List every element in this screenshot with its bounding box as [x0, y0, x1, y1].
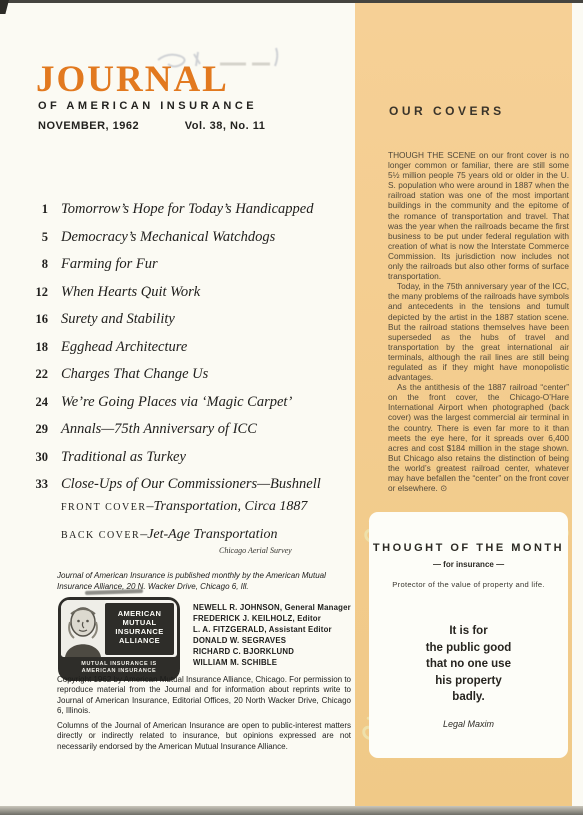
toc-item: 16Surety and Stability	[26, 312, 346, 327]
masthead-staff-list: NEWELL R. JOHNSON, General Manager FREDE…	[193, 602, 351, 668]
staff-member: L. A. FITZGERALD, Assistant Editor	[193, 624, 351, 635]
toc-article-title: Traditional as Turkey	[61, 450, 186, 465]
toc-page-number: 8	[26, 257, 48, 272]
scan-bottom-edge	[0, 806, 583, 815]
toc-page-number: 29	[26, 422, 48, 437]
toc-item: 30Traditional as Turkey	[26, 450, 346, 465]
franklin-portrait-icon	[61, 600, 105, 657]
toc-item: 22Charges That Change Us	[26, 367, 346, 382]
thought-definition: Protector of the value of property and l…	[369, 580, 568, 589]
ink-smudge	[85, 589, 143, 595]
toc-page-number: 33	[26, 477, 48, 492]
toc-item: 8Farming for Fur	[26, 257, 346, 272]
toc-article-title: We’re Going Places via ‘Magic Carpet’	[61, 395, 292, 410]
thought-of-the-month-scroll: THOUGHT OF THE MONTH — for insurance — P…	[369, 512, 568, 758]
amia-logo-wordmark: AMERICAN MUTUAL INSURANCE ALLIANCE	[105, 603, 174, 655]
logo-word: AMERICAN	[105, 609, 174, 618]
quote-line: badly.	[369, 689, 568, 706]
logo-word: ALLIANCE	[105, 636, 174, 645]
amia-logo-slogan: MUTUAL INSURANCE IS AMERICAN INSURANCE	[61, 657, 177, 675]
magazine-contents-page: JOURNAL OF AMERICAN INSURANCE NOVEMBER, …	[0, 0, 583, 815]
columns-policy-note: Columns of the Journal of American Insur…	[57, 721, 351, 752]
publisher-statement: Journal of American Insurance is publish…	[57, 571, 351, 592]
toc-item: 33Close-Ups of Our Commissioners—Bushnel…	[26, 477, 346, 492]
back-cover-credit: Chicago Aerial Survey	[219, 546, 307, 555]
amia-logo: AMERICAN MUTUAL INSURANCE ALLIANCE MUTUA…	[58, 597, 180, 681]
volume-number: Vol. 38, No. 11	[185, 120, 266, 132]
logo-word: INSURANCE	[105, 627, 174, 636]
quote-line: that no one use	[369, 656, 568, 673]
cover-descriptions: FRONT COVER–Transportation, Circa 1887 B…	[61, 497, 307, 555]
amia-logo-screen: AMERICAN MUTUAL INSURANCE ALLIANCE	[61, 600, 177, 657]
issue-line: NOVEMBER, 1962 Vol. 38, No. 11	[38, 120, 265, 132]
quote-line: It is for	[369, 623, 568, 640]
toc-article-title: When Hearts Quit Work	[61, 285, 200, 300]
toc-article-title: Charges That Change Us	[61, 367, 208, 382]
staff-member: DONALD W. SEGRAVES	[193, 635, 351, 646]
back-cover-title: –Jet-Age Transportation	[140, 527, 277, 542]
toc-article-title: Farming for Fur	[61, 257, 158, 272]
issue-date: NOVEMBER, 1962	[38, 120, 139, 132]
toc-article-title: Egghead Architecture	[61, 340, 187, 355]
logo-word: MUTUAL	[105, 618, 174, 627]
our-covers-paragraph: Today, in the 75th anniversary year of t…	[388, 281, 569, 382]
toc-item: 18Egghead Architecture	[26, 340, 346, 355]
front-cover-label: FRONT COVER	[61, 502, 147, 513]
our-covers-paragraph: THOUGH THE SCENE on our front cover is n…	[388, 150, 569, 281]
thought-subheading: — for insurance —	[369, 560, 568, 569]
toc-item: 12When Hearts Quit Work	[26, 285, 346, 300]
toc-page-number: 1	[26, 202, 48, 217]
toc-page-number: 12	[26, 285, 48, 300]
toc-item: 29Annals—75th Anniversary of ICC	[26, 422, 346, 437]
copyright-notice: Copyright 1962 by American Mutual Insura…	[57, 675, 351, 717]
staff-member: WILLIAM M. SCHIBLE	[193, 657, 351, 668]
toc-page-number: 24	[26, 395, 48, 410]
toc-article-title: Annals—75th Anniversary of ICC	[61, 422, 257, 437]
our-covers-heading: OUR COVERS	[389, 104, 505, 118]
scan-top-edge	[0, 0, 583, 3]
toc-item: 24We’re Going Places via ‘Magic Carpet’	[26, 395, 346, 410]
page-right-margin	[572, 2, 583, 806]
our-covers-paragraph: As the antithesis of the 1887 railroad “…	[388, 382, 569, 493]
quote-attribution: Legal Maxim	[369, 719, 568, 729]
quote-line: his property	[369, 673, 568, 690]
table-of-contents: 1Tomorrow’s Hope for Today’s Handicapped…	[26, 202, 346, 505]
quote-line: the public good	[369, 640, 568, 657]
library-stamp	[150, 44, 290, 78]
our-covers-article: THOUGH THE SCENE on our front cover is n…	[388, 150, 569, 493]
staff-member: FREDERICK J. KEILHOLZ, Editor	[193, 613, 351, 624]
toc-item: 1Tomorrow’s Hope for Today’s Handicapped	[26, 202, 346, 217]
toc-article-title: Close-Ups of Our Commissioners—Bushnell	[61, 477, 321, 492]
front-cover-title: –Transportation, Circa 1887	[147, 499, 308, 514]
staff-member: NEWELL R. JOHNSON, General Manager	[193, 602, 351, 613]
toc-item: 5Democracy’s Mechanical Watchdogs	[26, 230, 346, 245]
front-cover-line: FRONT COVER–Transportation, Circa 1887	[61, 497, 307, 515]
toc-page-number: 22	[26, 367, 48, 382]
slogan-line: MUTUAL INSURANCE IS	[61, 661, 177, 668]
toc-article-title: Surety and Stability	[61, 312, 175, 327]
toc-page-number: 30	[26, 450, 48, 465]
back-cover-label: BACK COVER	[61, 530, 140, 541]
toc-page-number: 5	[26, 230, 48, 245]
toc-page-number: 18	[26, 340, 48, 355]
toc-page-number: 16	[26, 312, 48, 327]
journal-subtitle: OF AMERICAN INSURANCE	[38, 100, 257, 112]
staff-member: RICHARD C. BJORKLUND	[193, 646, 351, 657]
scan-corner-mark	[0, 0, 9, 14]
thought-quote: It is for the public good that no one us…	[369, 623, 568, 706]
thought-heading: THOUGHT OF THE MONTH	[369, 542, 568, 554]
toc-article-title: Democracy’s Mechanical Watchdogs	[61, 230, 275, 245]
toc-article-title: Tomorrow’s Hope for Today’s Handicapped	[61, 202, 313, 217]
back-cover-line: BACK COVER–Jet-Age Transportation	[61, 525, 307, 543]
slogan-line: AMERICAN INSURANCE	[61, 668, 177, 675]
